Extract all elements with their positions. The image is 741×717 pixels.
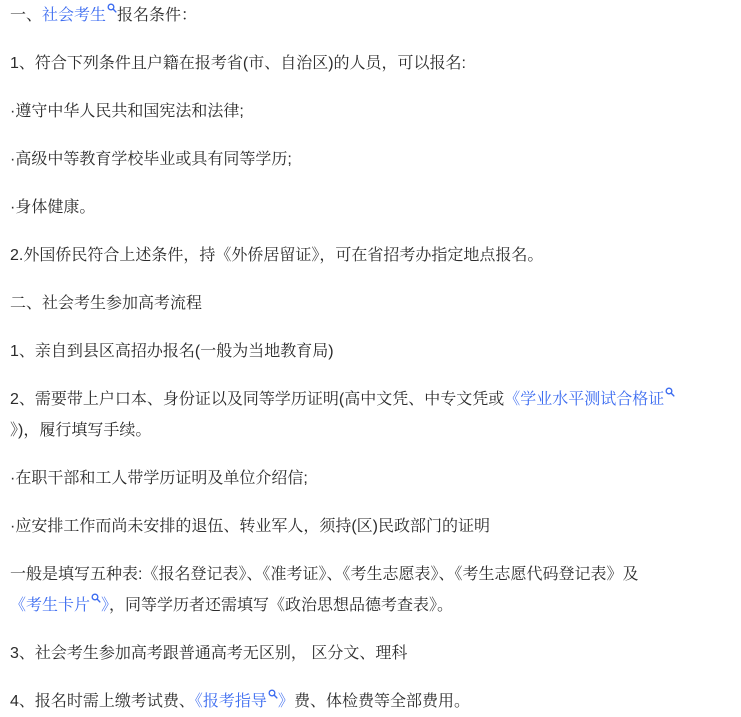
paragraph: 3、社会考生参加高考跟普通高考无区别， 区分文、理科 [10, 638, 731, 669]
paragraph: 1、亲自到县区高招办报名(一般为当地教育局) [10, 336, 731, 367]
text-run: 1、亲自到县区高招办报名(一般为当地教育局) [10, 343, 334, 360]
paragraph: 2.外国侨民符合上述条件，持《外侨居留证》，可在省招考办指定地点报名。 [10, 240, 731, 271]
text-line: 4、报名时需上缴考试费、《报考指导》费、体检费等全部费用。 [10, 686, 731, 717]
text-run: 一般是填写五种表:《报名登记表》、《准考证》、《考生志愿表》、《考生志愿代码登记… [10, 566, 638, 583]
paragraph: ·身体健康。 [10, 192, 731, 223]
text-run: ·身体健康。 [10, 199, 95, 216]
text-run: 4、报名时需上缴考试费、 [10, 693, 195, 710]
entity-link[interactable]: 《学业水平测试合格证 [504, 391, 675, 408]
text-run: 3、社会考生参加高考跟普通高考无区别， 区分文、理科 [10, 645, 407, 662]
entity-link[interactable]: 社会考生 [42, 7, 117, 24]
text-run: 报名条件： [117, 7, 197, 24]
link-text: 》 [101, 597, 109, 614]
text-line: ·在职干部和工人带学历证明及单位介绍信; [10, 463, 731, 494]
paragraph: ·遵守中华人民共和国宪法和法律; [10, 96, 731, 127]
entity-link[interactable]: 《报考指导 [195, 693, 278, 710]
text-line: ·应安排工作而尚未安排的退伍、转业军人，须持(区)民政部门的证明 [10, 511, 731, 542]
text-run: ·高级中等教育学校毕业或具有同等学历; [10, 151, 292, 168]
text-line: 》)，履行填写手续。 [10, 415, 731, 446]
text-line: 3、社会考生参加高考跟普通高考无区别， 区分文、理科 [10, 638, 731, 669]
paragraph: 一般是填写五种表:《报名登记表》、《准考证》、《考生志愿表》、《考生志愿代码登记… [10, 559, 731, 621]
text-line: 1、符合下列条件且户籍在报考省(市、自治区)的人员，可以报名: [10, 48, 731, 79]
link-text: 《考生卡片 [10, 597, 90, 614]
search-icon [107, 3, 117, 13]
paragraph: ·应安排工作而尚未安排的退伍、转业军人，须持(区)民政部门的证明 [10, 511, 731, 542]
paragraph: 2、需要带上户口本、身份证以及同等学历证明(高中文凭、中专文凭或《学业水平测试合… [10, 384, 731, 446]
paragraph: ·在职干部和工人带学历证明及单位介绍信; [10, 463, 731, 494]
text-line: 2.外国侨民符合上述条件，持《外侨居留证》，可在省招考办指定地点报名。 [10, 240, 731, 271]
text-run: ，同等学历者还需填写《政治思想品德考查表》。 [109, 597, 453, 614]
paragraph: ·高级中等教育学校毕业或具有同等学历; [10, 144, 731, 175]
link-text: 》 [278, 693, 294, 710]
search-icon [665, 387, 675, 397]
text-run: 2、需要带上户口本、身份证以及同等学历证明(高中文凭、中专文凭或 [10, 391, 504, 408]
text-line: ·身体健康。 [10, 192, 731, 223]
text-line: 1、亲自到县区高招办报名(一般为当地教育局) [10, 336, 731, 367]
text-run: 一、 [10, 7, 42, 24]
link-text: 《报考指导 [195, 693, 267, 710]
text-run: ·遵守中华人民共和国宪法和法律; [10, 103, 244, 120]
text-run: ·在职干部和工人带学历证明及单位介绍信; [10, 470, 308, 487]
paragraph: 一、社会考生报名条件： [10, 0, 731, 31]
search-icon [268, 689, 278, 699]
link-text: 《学业水平测试合格证 [504, 391, 664, 408]
paragraph: 1、符合下列条件且户籍在报考省(市、自治区)的人员，可以报名: [10, 48, 731, 79]
link-text: 社会考生 [42, 7, 106, 24]
paragraph: 二、社会考生参加高考流程 [10, 288, 731, 319]
paragraph: 4、报名时需上缴考试费、《报考指导》费、体检费等全部费用。 [10, 686, 731, 717]
text-run: 2.外国侨民符合上述条件，持《外侨居留证》，可在省招考办指定地点报名。 [10, 247, 543, 264]
text-line: ·高级中等教育学校毕业或具有同等学历; [10, 144, 731, 175]
text-line: 二、社会考生参加高考流程 [10, 288, 731, 319]
text-run: 费、体检费等全部费用。 [294, 693, 470, 710]
text-line: 2、需要带上户口本、身份证以及同等学历证明(高中文凭、中专文凭或《学业水平测试合… [10, 384, 731, 415]
entity-link[interactable]: 《考生卡片 [10, 597, 101, 614]
text-line: 一、社会考生报名条件： [10, 0, 731, 31]
text-run: 1、符合下列条件且户籍在报考省(市、自治区)的人员，可以报名: [10, 55, 466, 72]
entity-link[interactable]: 》 [101, 597, 109, 614]
search-icon [91, 593, 101, 603]
text-line: 一般是填写五种表:《报名登记表》、《准考证》、《考生志愿表》、《考生志愿代码登记… [10, 559, 731, 590]
text-line: 《考生卡片》，同等学历者还需填写《政治思想品德考查表》。 [10, 590, 731, 621]
text-run: 二、社会考生参加高考流程 [10, 295, 202, 312]
text-run: 》)，履行填写手续。 [10, 422, 151, 439]
entity-link[interactable]: 》 [278, 693, 294, 710]
text-line: ·遵守中华人民共和国宪法和法律; [10, 96, 731, 127]
text-run: ·应安排工作而尚未安排的退伍、转业军人，须持(区)民政部门的证明 [10, 518, 490, 535]
article: 一、社会考生报名条件：1、符合下列条件且户籍在报考省(市、自治区)的人员，可以报… [10, 0, 731, 717]
